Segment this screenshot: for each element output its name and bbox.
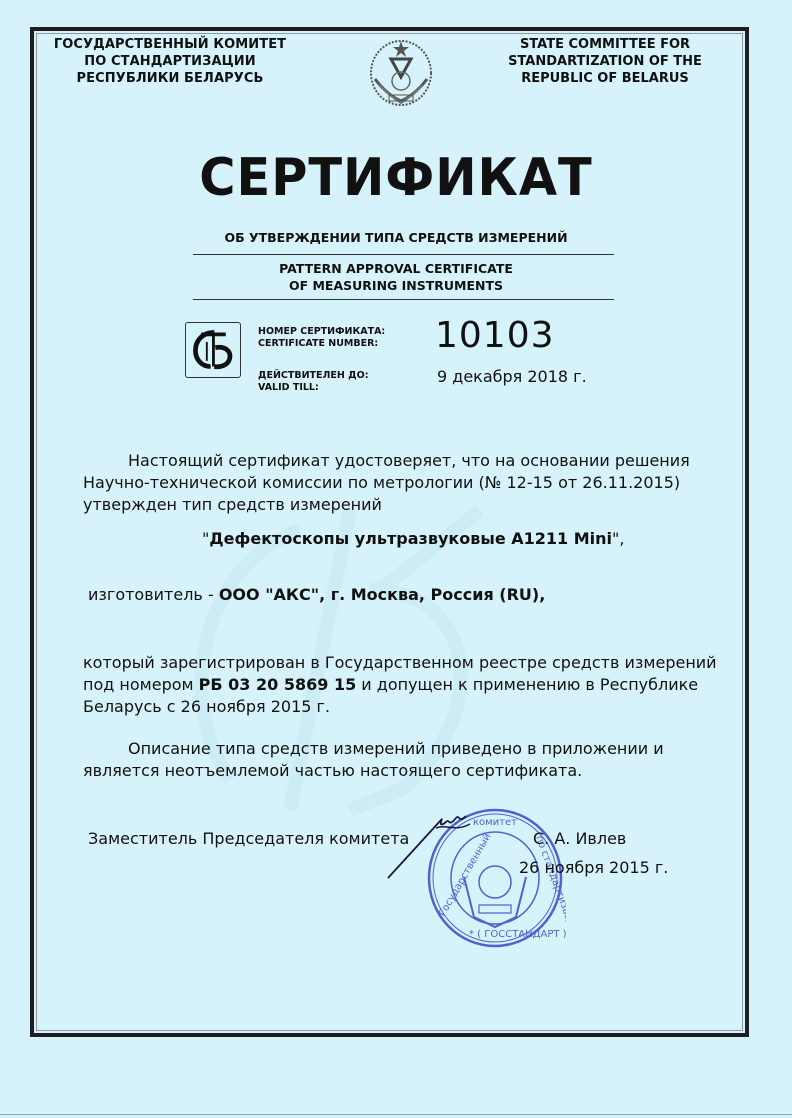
manufacturer-line: изготовитель - ООО "АКС", г. Москва, Рос… — [88, 584, 545, 606]
divider — [193, 254, 614, 255]
svg-text:комитет: комитет — [473, 817, 517, 828]
header-right-line: STANDARTIZATION OF THE — [485, 53, 725, 70]
description-paragraph: Описание типа средств измерений приведен… — [83, 738, 664, 782]
registry-number: РБ 03 20 5869 15 — [199, 675, 357, 694]
registry-prefix: под номером — [83, 675, 199, 694]
subtitle-en: PATTERN APPROVAL CERTIFICATE OF MEASURIN… — [0, 260, 792, 294]
subtitle-en-line: OF MEASURING INSTRUMENTS — [0, 277, 792, 294]
registry-paragraph: который зарегистрирован в Государственно… — [83, 652, 717, 718]
instrument-line: "Дефектоскопы ультразвуковые А1211 Mini"… — [202, 528, 624, 550]
belarus-coat-of-arms-icon — [367, 37, 435, 109]
label-ru: ДЕЙСТВИТЕЛЕН ДО: — [258, 370, 369, 382]
subtitle-ru: ОБ УТВЕРЖДЕНИИ ТИПА СРЕДСТВ ИЗМЕРЕНИЙ — [0, 230, 792, 245]
committee-name-en: STATE COMMITTEE FOR STANDARTIZATION OF T… — [485, 36, 725, 87]
header-left-line: ГОСУДАРСТВЕННЫЙ КОМИТЕТ — [50, 36, 290, 53]
svg-text:* ( ГОССТАНДАРТ ) *: * ( ГОССТАНДАРТ ) * — [469, 929, 566, 940]
valid-till-date: 9 декабря 2018 г. — [437, 367, 587, 386]
manufacturer-label: изготовитель - — [88, 585, 219, 604]
paragraph-line: Описание типа средств измерений приведен… — [83, 738, 664, 760]
paragraph-line: утвержден тип средств измерений — [83, 494, 690, 516]
signature-date: 26 ноября 2015 г. — [519, 857, 668, 879]
paragraph-line: Беларусь с 26 ноября 2015 г. — [83, 696, 717, 718]
certificate-title: СЕРТИФИКАТ — [20, 148, 772, 208]
signatory-position: Заместитель Председателя комитета — [88, 828, 409, 850]
page-edge — [0, 1114, 792, 1115]
paragraph-line: под номером РБ 03 20 5869 15 и допущен к… — [83, 674, 717, 696]
label-ru: НОМЕР СЕРТИФИКАТА: — [258, 326, 385, 338]
paragraph-line: Научно-технической комиссии по метрологи… — [83, 472, 690, 494]
committee-name-ru: ГОСУДАРСТВЕННЫЙ КОМИТЕТ ПО СТАНДАРТИЗАЦИ… — [50, 36, 290, 87]
header-left-line: РЕСПУБЛИКИ БЕЛАРУСЬ — [50, 70, 290, 87]
gosstandart-logo-icon — [185, 322, 241, 378]
valid-till-label: ДЕЙСТВИТЕЛЕН ДО: VALID TILL: — [258, 370, 369, 394]
instrument-name: Дефектоскопы ультразвуковые А1211 Mini — [209, 529, 612, 548]
paragraph-line: Настоящий сертификат удостоверяет, что н… — [83, 450, 690, 472]
signatory-name: С. А. Ивлев — [533, 828, 626, 850]
registry-suffix: и допущен к применению в Республике — [356, 675, 698, 694]
divider — [193, 299, 614, 300]
header-right-line: REPUBLIC OF BELARUS — [485, 70, 725, 87]
subtitle-en-line: PATTERN APPROVAL CERTIFICATE — [0, 260, 792, 277]
header-right-line: STATE COMMITTEE FOR — [485, 36, 725, 53]
header-left-line: ПО СТАНДАРТИЗАЦИИ — [50, 53, 290, 70]
label-en: VALID TILL: — [258, 382, 369, 394]
label-en: CERTIFICATE NUMBER: — [258, 338, 385, 350]
certificate-number: 10103 — [435, 315, 555, 356]
paragraph-line: является неотъемлемой частью настоящего … — [83, 760, 664, 782]
intro-paragraph: Настоящий сертификат удостоверяет, что н… — [83, 450, 690, 516]
manufacturer-name: ООО "АКС", г. Москва, Россия (RU), — [219, 585, 546, 604]
paragraph-line: который зарегистрирован в Государственно… — [83, 652, 717, 674]
quote: ", — [612, 529, 624, 548]
certificate-number-label: НОМЕР СЕРТИФИКАТА: CERTIFICATE NUMBER: — [258, 326, 385, 350]
